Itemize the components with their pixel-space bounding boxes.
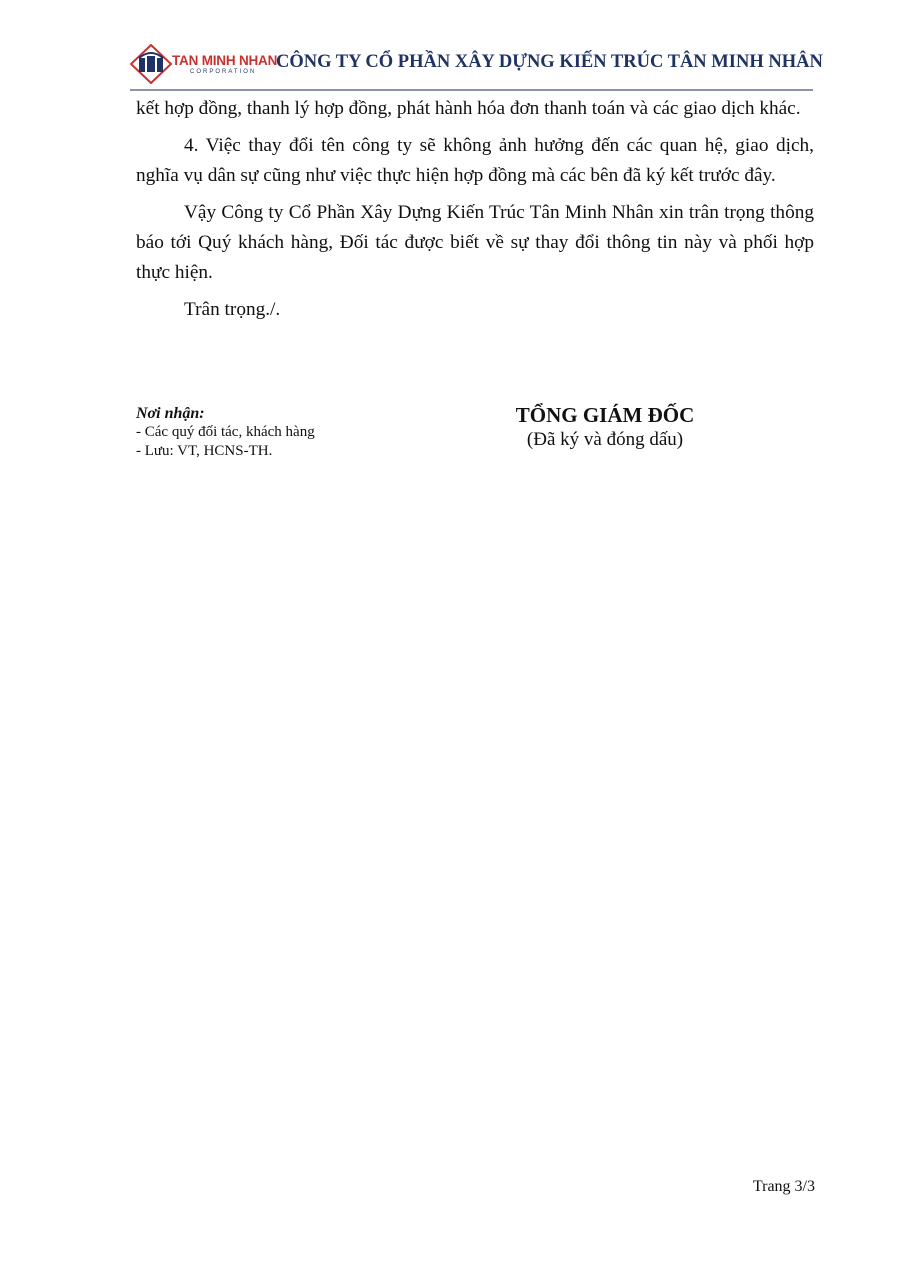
- letterhead: TAN MINH NHAN CORPORATION CÔNG TY CỔ PHẦ…: [130, 44, 816, 84]
- letter-body: kết hợp đồng, thanh lý hợp đồng, phát hà…: [136, 94, 814, 325]
- company-name: CÔNG TY CỔ PHẦN XÂY DỰNG KIẾN TRÚC TÂN M…: [276, 52, 823, 73]
- logo-text: TAN MINH NHAN: [172, 53, 277, 68]
- signer-role: TỔNG GIÁM ĐỐC: [500, 402, 710, 428]
- recipients-block: Nơi nhận: - Các quý đối tác, khách hàng …: [136, 404, 315, 461]
- recipient-item: - Lưu: VT, HCNS-TH.: [136, 442, 315, 461]
- header-divider: [130, 89, 813, 91]
- body-paragraph: Vậy Công ty Cổ Phần Xây Dựng Kiến Trúc T…: [136, 198, 814, 288]
- signature-note: (Đã ký và đóng dấu): [500, 428, 710, 452]
- body-paragraph: 4. Việc thay đổi tên công ty sẽ không ản…: [136, 131, 814, 191]
- logo-subtext: CORPORATION: [190, 69, 256, 75]
- signature-block: TỔNG GIÁM ĐỐC (Đã ký và đóng dấu): [500, 402, 710, 452]
- recipients-title: Nơi nhận:: [136, 404, 315, 423]
- body-paragraph: kết hợp đồng, thanh lý hợp đồng, phát hà…: [136, 94, 814, 124]
- closing-phrase: Trân trọng./.: [136, 295, 814, 325]
- company-logo-icon: [130, 44, 172, 84]
- recipient-item: - Các quý đối tác, khách hàng: [136, 423, 315, 442]
- page-number: Trang 3/3: [753, 1178, 815, 1196]
